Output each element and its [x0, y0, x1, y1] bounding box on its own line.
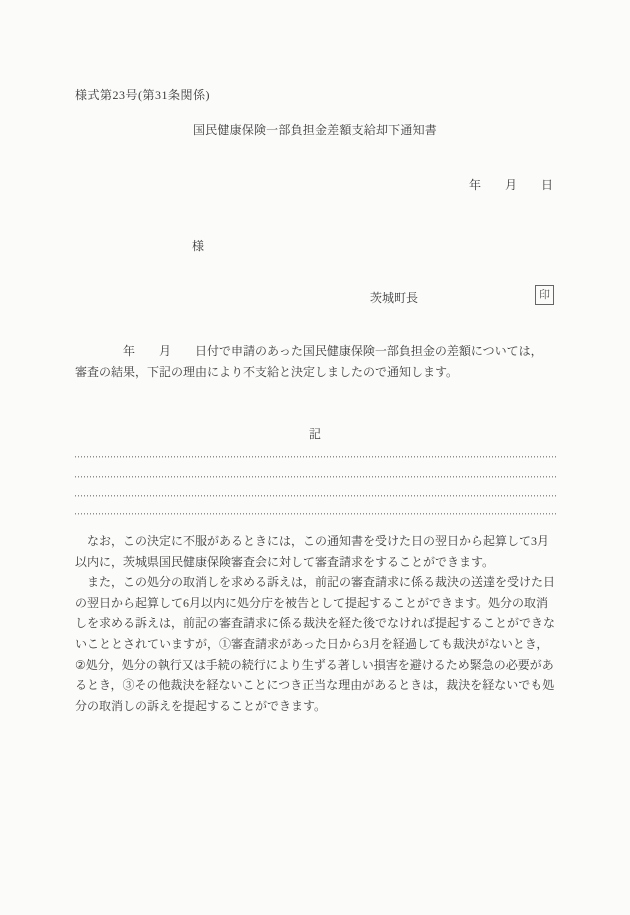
document-title: 国民健康保険一部負担金差額支給却下通知書 [0, 121, 630, 138]
notice-paragraph: 年 月 日付で申請のあった国民健康保険一部負担金の差額については， 審査の結果，… [75, 341, 565, 382]
issue-date-line: 年 月 日 [469, 176, 553, 193]
seal-stamp-box: 印 [535, 285, 554, 305]
recipient-honorific: 様 [192, 237, 204, 254]
reason-blank-line [75, 495, 557, 497]
footer-notes: なお，この決定に不服があるときには，この通知書を受けた日の翌日から起算して3月 … [75, 531, 565, 716]
document-page: 様式第23号(第31条関係) 国民健康保険一部負担金差額支給却下通知書 年 月 … [0, 0, 630, 915]
reason-blank-line [75, 476, 557, 478]
issuer-name: 茨城町長 [370, 289, 418, 306]
reason-blank-line [75, 513, 557, 515]
lawsuit-note-paragraph: また，この処分の取消しを求める訴えは，前記の審査請求に係る裁決の送達を受けた日 … [75, 572, 565, 716]
form-number: 様式第23号(第31条関係) [75, 86, 210, 103]
reason-blank-line [75, 456, 557, 458]
section-marker-ki: 記 [0, 425, 630, 442]
appeal-note-paragraph: なお，この決定に不服があるときには，この通知書を受けた日の翌日から起算して3月 … [75, 531, 565, 572]
